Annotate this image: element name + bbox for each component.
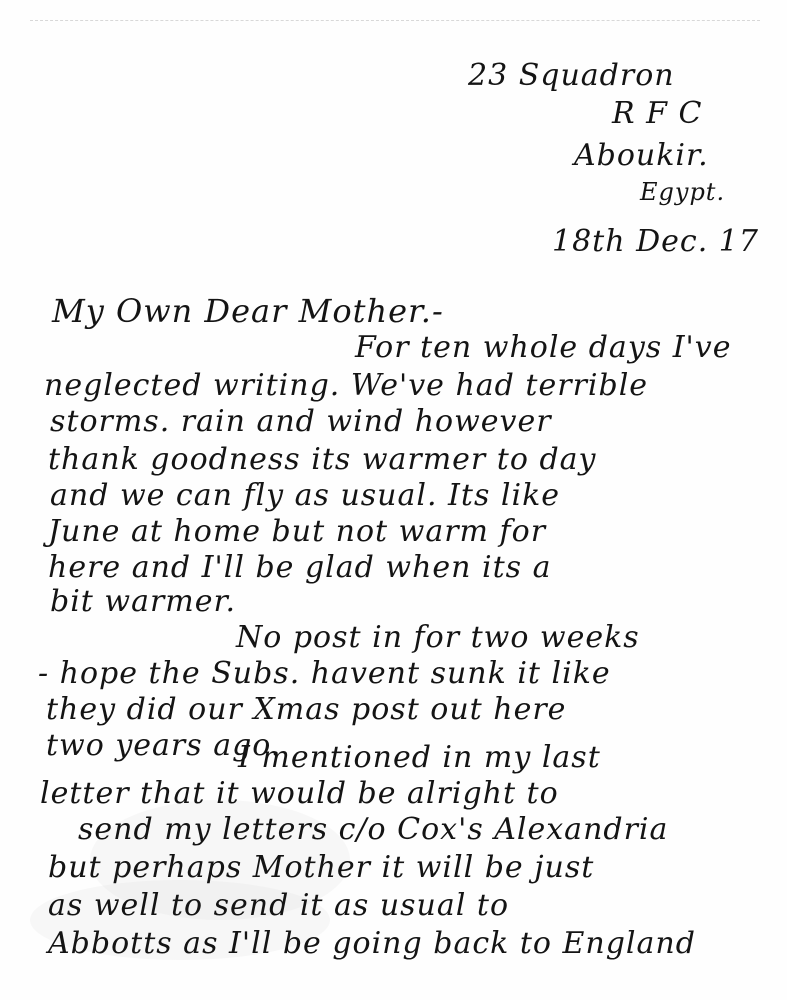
- page-top-edge: [30, 20, 760, 21]
- address-rfc: R F C: [612, 96, 702, 131]
- body-line: June at home but not warm for: [48, 514, 546, 549]
- body-line: send my letters c/o Cox's Alexandria: [78, 812, 668, 847]
- body-line: storms. rain and wind however: [50, 404, 552, 439]
- body-line: bit warmer.: [50, 584, 236, 619]
- body-line: here and I'll be glad when its a: [48, 550, 551, 585]
- body-line: thank goodness its warmer to day: [48, 442, 597, 477]
- body-line: Abbotts as I'll be going back to England: [48, 926, 696, 961]
- address-town: Aboukir.: [574, 138, 709, 173]
- body-line: and we can fly as usual. Its like: [50, 478, 560, 513]
- body-line: as well to send it as usual to: [48, 888, 509, 923]
- address-country: Egypt.: [640, 178, 725, 206]
- body-line: neglected writing. We've had terrible: [44, 368, 648, 403]
- salutation: My Own Dear Mother.-: [52, 292, 444, 330]
- address-squadron: 23 Squadron: [468, 58, 675, 93]
- letter-date: 18th Dec. 17: [552, 224, 759, 259]
- body-line: letter that it would be alright to: [40, 776, 559, 811]
- letter-page: 23 Squadron R F C Aboukir. Egypt. 18th D…: [0, 0, 787, 1000]
- body-line: I mentioned in my last: [238, 740, 601, 775]
- body-line: No post in for two weeks: [236, 620, 640, 655]
- body-line: they did our Xmas post out here: [46, 692, 566, 727]
- body-line: For ten whole days I've: [355, 330, 732, 365]
- body-line: - hope the Subs. havent sunk it like: [38, 656, 611, 691]
- body-line: but perhaps Mother it will be just: [48, 850, 594, 885]
